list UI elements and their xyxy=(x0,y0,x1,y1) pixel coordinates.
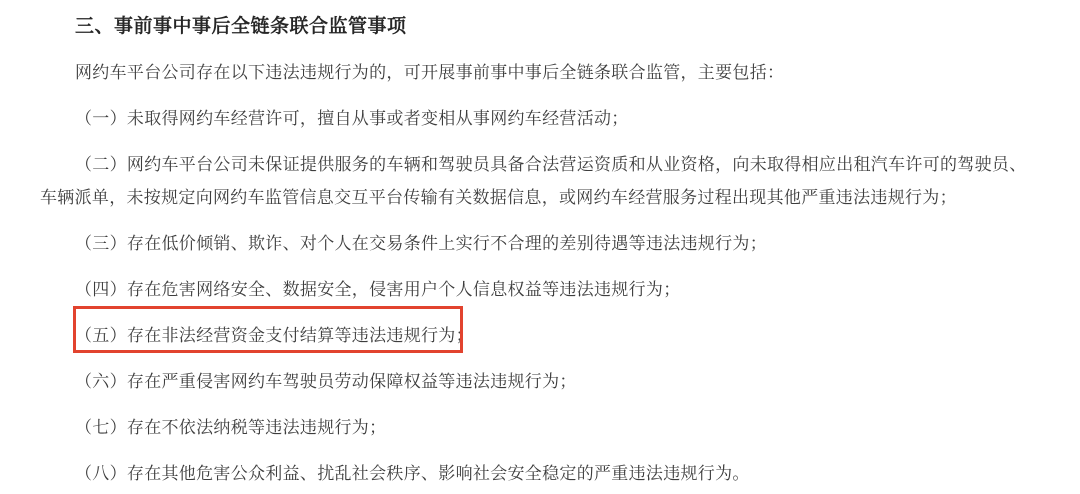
list-item-2: （二）网约车平台公司未保证提供服务的车辆和驾驶员具备合法营运资质和从业资格，向未… xyxy=(40,148,1035,214)
list-item-6: （六）存在严重侵害网约车驾驶员劳动保障权益等违法违规行为； xyxy=(40,365,1035,398)
list-item-5-text: （五）存在非法经营资金支付结算等违法违规行为； xyxy=(75,326,473,345)
list-item-5: （五）存在非法经营资金支付结算等违法违规行为； xyxy=(40,319,1035,352)
list-item-4: （四）存在危害网络安全、数据安全，侵害用户个人信息权益等违法违规行为； xyxy=(40,273,1035,306)
list-item-7: （七）存在不依法纳税等违法违规行为； xyxy=(40,411,1035,444)
document-page: 三、事前事中事后全链条联合监管事项 网约车平台公司存在以下违法违规行为的，可开展… xyxy=(0,0,1080,494)
list-item-8: （八）存在其他危害公众利益、扰乱社会秩序、影响社会安全稳定的严重违法违规行为。 xyxy=(40,457,1035,490)
list-item-1: （一）未取得网约车经营许可，擅自从事或者变相从事网约车经营活动； xyxy=(40,102,1035,135)
intro-paragraph: 网约车平台公司存在以下违法违规行为的，可开展事前事中事后全链条联合监管，主要包括… xyxy=(40,56,1035,89)
section-heading: 三、事前事中事后全链条联合监管事项 xyxy=(40,10,1035,43)
list-item-3: （三）存在低价倾销、欺诈、对个人在交易条件上实行不合理的差别待遇等违法违规行为； xyxy=(40,227,1035,260)
